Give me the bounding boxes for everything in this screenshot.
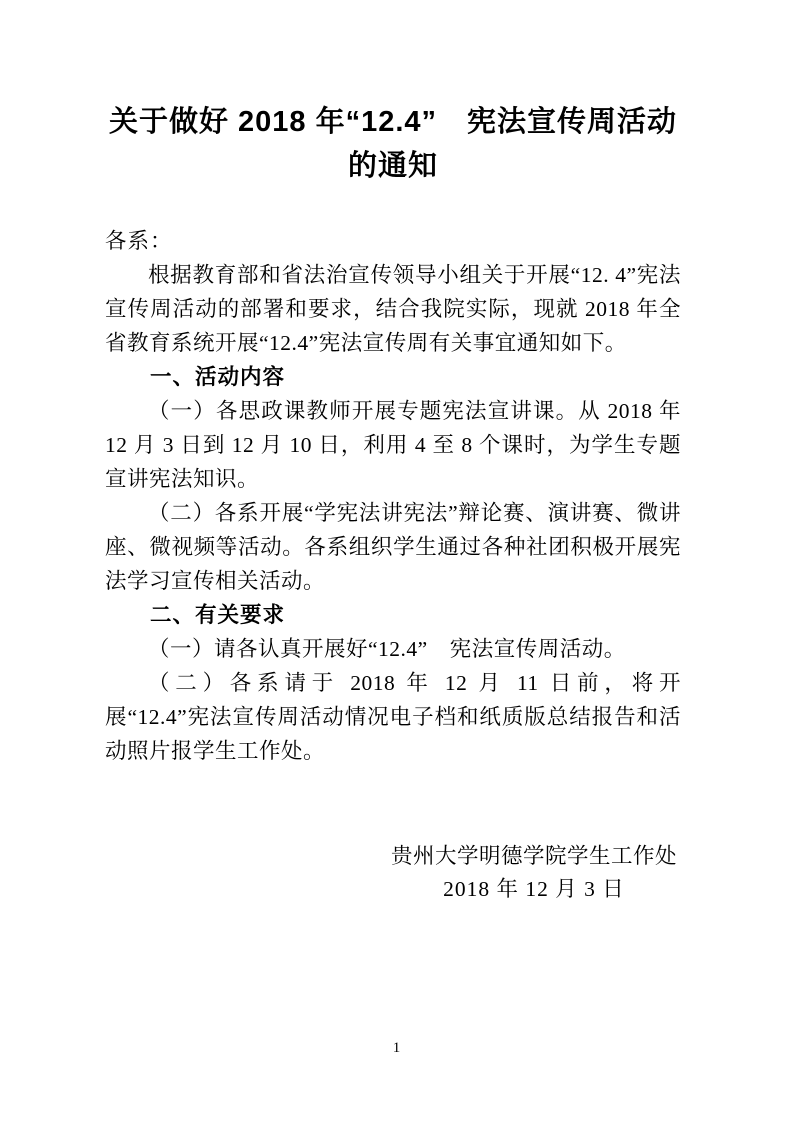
signature-organization: 贵州大学明德学院学生工作处 <box>391 840 677 873</box>
document-page: 关于做好 2018 年“12.4” 宪法宣传周活动 的通知 各系： 根据教育部和… <box>0 0 793 1122</box>
paragraph-activity-2: （二）各系开展“学宪法讲宪法”辩论赛、演讲赛、微讲座、微视频等活动。各系组织学生… <box>105 496 681 598</box>
paragraph-activity-1: （一）各思政课教师开展专题宪法宣讲课。从 2018 年 12 月 3 日到 12… <box>105 394 681 496</box>
paragraph-requirement-2: （二）各系请于 2018 年 12 月 11 日前，将开展“12.4”宪法宣传周… <box>105 666 681 768</box>
salutation: 各系： <box>105 224 681 258</box>
section-heading-2: 二、有关要求 <box>105 598 681 632</box>
signature-date: 2018 年 12 月 3 日 <box>391 873 677 906</box>
document-title: 关于做好 2018 年“12.4” 宪法宣传周活动 的通知 <box>105 100 681 188</box>
signature-block: 贵州大学明德学院学生工作处 2018 年 12 月 3 日 <box>105 840 681 906</box>
document-body: 各系： 根据教育部和省法治宣传领导小组关于开展“12. 4”宪法宣传周活动的部署… <box>105 224 681 768</box>
signature-inner: 贵州大学明德学院学生工作处 2018 年 12 月 3 日 <box>391 840 677 906</box>
title-line-1: 关于做好 2018 年“12.4” 宪法宣传周活动 <box>105 100 681 144</box>
section-heading-1: 一、活动内容 <box>105 360 681 394</box>
paragraph-intro: 根据教育部和省法治宣传领导小组关于开展“12. 4”宪法宣传周活动的部署和要求，… <box>105 258 681 360</box>
title-line-2: 的通知 <box>105 144 681 188</box>
page-number: 1 <box>0 1038 793 1058</box>
paragraph-requirement-1: （一）请各认真开展好“12.4” 宪法宣传周活动。 <box>105 632 681 666</box>
